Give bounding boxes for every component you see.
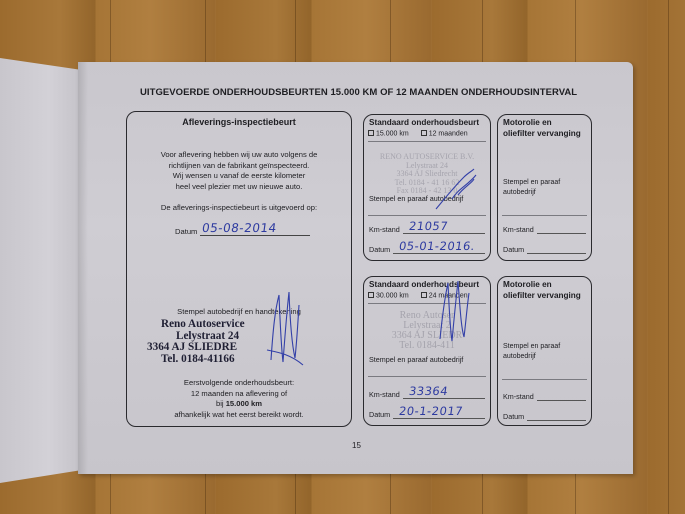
handwritten-date: 05-01-2016.	[398, 239, 476, 253]
stamp-label: Stempel en paraaf autobedrijf	[503, 342, 560, 361]
stamp-label: Stempel en paraaf autobedrijf	[369, 355, 463, 364]
checkbox-icon[interactable]	[368, 130, 374, 136]
km-line	[537, 220, 586, 234]
handwritten-date: 05-08-2014	[201, 221, 278, 235]
delivery-inspection-intro: Voor aflevering hebben wij uw auto volge…	[127, 150, 351, 192]
date-label: Datum	[369, 410, 390, 419]
date-line: 20-1-2017	[393, 405, 485, 419]
intro-line: Wij wensen u vanaf de eerste kilometer	[127, 171, 351, 182]
delivery-date-field[interactable]: Datum 05-08-2014	[175, 222, 310, 236]
intro-line: heel veel plezier met uw nieuwe auto.	[127, 182, 351, 193]
title-line: oliefilter vervanging	[503, 129, 581, 140]
divider	[368, 141, 486, 142]
intro-line: richtlijnen van de fabrikant geïnspectee…	[127, 161, 351, 172]
date-field[interactable]: Datum 05-01-2016.	[369, 240, 485, 254]
performed-on-label: De afleverings-inspectiebeurt is uitgevo…	[127, 203, 351, 212]
checkbox-icon[interactable]	[421, 292, 427, 298]
signature-scribble	[434, 167, 479, 212]
oil-change-box-2: Motorolie en oliefilter vervanging Stemp…	[497, 276, 592, 426]
page-title: UITGEVOERDE ONDERHOUDSBEURTEN 15.000 KM …	[140, 87, 580, 98]
signature-scribble	[265, 290, 305, 370]
standard-service-box-1: Standaard onderhoudsbeurt 15.000 km 12 m…	[363, 114, 491, 261]
page-number: 15	[352, 441, 361, 450]
km-label: Km-stand	[369, 390, 400, 399]
km-field[interactable]: Km-stand	[503, 387, 586, 401]
garage-stamp: Reno Autoservice Lelystraat 24 3364 AJ S…	[141, 319, 245, 365]
option-months-label: 12 maanden	[429, 131, 468, 138]
date-label: Datum	[175, 227, 197, 236]
date-label: Datum	[503, 245, 524, 254]
handwritten-km: 33364	[408, 384, 449, 398]
km-line: 21057	[403, 220, 485, 234]
next-service-info: Eerstvolgende onderhoudsbeurt: 12 maande…	[127, 378, 351, 420]
date-line	[527, 240, 586, 254]
km-label: Km-stand	[369, 225, 400, 234]
next-service-prefix: bij	[216, 399, 224, 408]
divider	[502, 215, 587, 216]
standard-service-box-2: Standaard onderhoudsbeurt 30.000 km 24 m…	[363, 276, 491, 426]
stamp-label-line: Stempel en paraaf	[503, 342, 560, 352]
option-km-label: 30.000 km	[376, 293, 409, 300]
stamp-label-line: Stempel en paraaf	[503, 178, 560, 188]
stamp-label-line: autobedrijf	[503, 188, 560, 198]
divider	[502, 379, 587, 380]
title-line: Motorolie en	[503, 118, 581, 129]
km-field[interactable]: Km-stand	[503, 220, 586, 234]
km-label: Km-stand	[503, 392, 534, 401]
km-field[interactable]: Km-stand 33364	[369, 385, 485, 399]
intro-line: Voor aflevering hebben wij uw auto volge…	[127, 150, 351, 161]
next-service-line: afhankelijk wat het eerst bereikt wordt.	[127, 410, 351, 421]
next-service-line: Eerstvolgende onderhoudsbeurt:	[127, 378, 351, 389]
date-line	[527, 407, 586, 421]
checkbox-icon[interactable]	[368, 292, 374, 298]
delivery-inspection-box: Afleverings-inspectiebeurt Voor afleveri…	[126, 111, 352, 427]
date-field[interactable]: Datum 20-1-2017	[369, 405, 485, 419]
title-line: Motorolie en	[503, 280, 581, 291]
date-field[interactable]: Datum	[503, 240, 586, 254]
title-line: oliefilter vervanging	[503, 291, 581, 302]
next-service-km: 15.000 km	[226, 399, 262, 408]
handwritten-km: 21057	[408, 219, 449, 233]
km-field[interactable]: Km-stand 21057	[369, 220, 485, 234]
divider	[368, 215, 486, 216]
divider	[368, 376, 486, 377]
date-field[interactable]: Datum	[503, 407, 586, 421]
standard-service-title: Standaard onderhoudsbeurt	[369, 118, 479, 127]
stamp-label: Stempel en paraaf autobedrijf	[503, 178, 560, 197]
km-line: 33364	[403, 385, 485, 399]
wood-plank-seam	[668, 0, 669, 514]
left-page	[0, 58, 82, 483]
km-line	[537, 387, 586, 401]
oil-change-box-1: Motorolie en oliefilter vervanging Stemp…	[497, 114, 592, 261]
service-options: 15.000 km 12 maanden	[368, 130, 468, 138]
option-km[interactable]: 30.000 km	[368, 292, 409, 300]
handwritten-date: 20-1-2017	[398, 404, 464, 418]
stamp-label-line: autobedrijf	[503, 352, 560, 362]
option-months[interactable]: 12 maanden	[421, 130, 468, 138]
stamp-line: Tel. 0184-41166	[141, 354, 245, 366]
next-service-line: bij 15.000 km	[127, 399, 351, 410]
date-label: Datum	[503, 412, 524, 421]
delivery-inspection-title: Afleverings-inspectiebeurt	[127, 117, 351, 127]
stamp-line: 3364 AJ SLIEDRE	[141, 342, 245, 354]
stamp-line: Reno Autoservice	[141, 319, 245, 331]
next-service-line: 12 maanden na aflevering of	[127, 389, 351, 400]
option-km[interactable]: 15.000 km	[368, 130, 409, 138]
date-line: 05-08-2014	[200, 222, 310, 236]
date-label: Datum	[369, 245, 390, 254]
oil-change-title: Motorolie en oliefilter vervanging	[503, 280, 581, 301]
stamp-signature-label: Stempel autobedrijf en handtekening	[127, 307, 351, 316]
option-km-label: 15.000 km	[376, 131, 409, 138]
date-line: 05-01-2016.	[393, 240, 485, 254]
checkbox-icon[interactable]	[421, 130, 427, 136]
oil-change-title: Motorolie en oliefilter vervanging	[503, 118, 581, 139]
km-label: Km-stand	[503, 225, 534, 234]
signature-scribble	[436, 279, 476, 349]
